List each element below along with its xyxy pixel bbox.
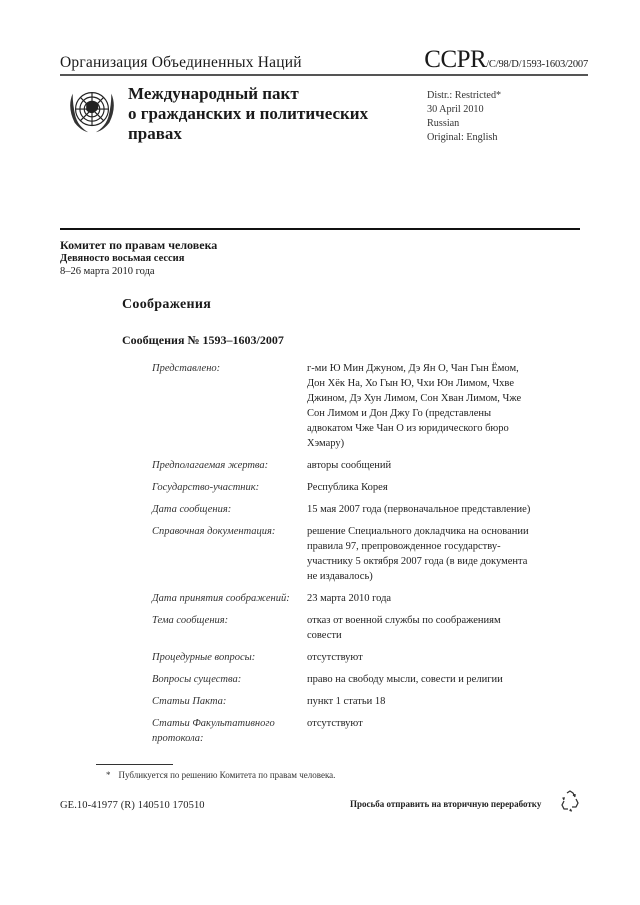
info-value: отсутствуют bbox=[307, 650, 532, 665]
treaty-title-line: о гражданских и политических bbox=[128, 104, 368, 124]
communication-info-table: Представлено:г-ми Ю Мин Джуном, Дэ Ян О,… bbox=[152, 361, 532, 753]
recycle-text: Просьба отправить на вторичную переработ… bbox=[350, 799, 541, 809]
section-rule bbox=[60, 228, 580, 230]
document-language: Russian bbox=[427, 117, 501, 131]
organization-name: Организация Объединенных Наций bbox=[60, 54, 302, 72]
distribution-block: Distr.: Restricted* 30 April 2010 Russia… bbox=[427, 89, 501, 145]
info-row: Дата сообщения:15 мая 2007 года (первона… bbox=[152, 502, 532, 517]
info-value: авторы сообщений bbox=[307, 458, 532, 473]
footnote-rule bbox=[96, 764, 173, 765]
document-symbol: CCPR/C/98/D/1593-1603/2007 bbox=[424, 46, 588, 74]
views-title: Соображения bbox=[122, 297, 211, 313]
treaty-title: Международный пакт о гражданских и полит… bbox=[128, 84, 368, 144]
header-rule bbox=[60, 74, 588, 76]
info-value: 15 мая 2007 года (первоначальное предста… bbox=[307, 502, 532, 517]
info-row: Вопросы существа:право на свободу мысли,… bbox=[152, 672, 532, 687]
footnote-marker: * bbox=[106, 770, 111, 780]
info-label: Дата принятия соображений: bbox=[152, 591, 307, 606]
job-number: GE.10-41977 (R) 140510 170510 bbox=[60, 800, 205, 811]
info-value: решение Специального докладчика на основ… bbox=[307, 524, 532, 584]
info-label: Предполагаемая жертва: bbox=[152, 458, 307, 473]
info-value: 23 марта 2010 года bbox=[307, 591, 532, 606]
committee-block: Комитет по правам человека Девяносто вос… bbox=[60, 238, 217, 278]
treaty-title-line: правах bbox=[128, 124, 368, 144]
symbol-suffix: /C/98/D/1593-1603/2007 bbox=[486, 59, 588, 70]
info-label: Вопросы существа: bbox=[152, 672, 307, 687]
info-label: Государство-участник: bbox=[152, 480, 307, 495]
original-language: Original: English bbox=[427, 131, 501, 145]
info-label: Представлено: bbox=[152, 361, 307, 451]
info-label: Процедурные вопросы: bbox=[152, 650, 307, 665]
info-row: Процедурные вопросы:отсутствуют bbox=[152, 650, 532, 665]
treaty-title-line: Международный пакт bbox=[128, 84, 368, 104]
session-name: Девяносто восьмая сессия bbox=[60, 252, 217, 265]
info-row: Государство-участник:Республика Корея bbox=[152, 480, 532, 495]
recycle-icon bbox=[558, 789, 582, 813]
distribution-status: Distr.: Restricted* bbox=[427, 89, 501, 103]
info-row: Дата принятия соображений:23 марта 2010 … bbox=[152, 591, 532, 606]
info-row: Предполагаемая жертва:авторы сообщений bbox=[152, 458, 532, 473]
info-value: г-ми Ю Мин Джуном, Дэ Ян О, Чан Гын Ёмом… bbox=[307, 361, 532, 451]
issue-date: 30 April 2010 bbox=[427, 103, 501, 117]
info-row: Тема сообщения:отказ от военной службы п… bbox=[152, 613, 532, 643]
info-label: Справочная документация: bbox=[152, 524, 307, 584]
info-row: Справочная документация:решение Специаль… bbox=[152, 524, 532, 584]
session-dates: 8–26 марта 2010 года bbox=[60, 265, 217, 278]
info-row: Статьи Факультативного протокола:отсутст… bbox=[152, 716, 532, 746]
footnote: *Публикуется по решению Комитета по прав… bbox=[106, 770, 335, 780]
info-value: отсутствуют bbox=[307, 716, 532, 746]
info-row: Представлено:г-ми Ю Мин Джуном, Дэ Ян О,… bbox=[152, 361, 532, 451]
info-value: Республика Корея bbox=[307, 480, 532, 495]
info-label: Дата сообщения: bbox=[152, 502, 307, 517]
info-value: пункт 1 статьи 18 bbox=[307, 694, 532, 709]
committee-name: Комитет по правам человека bbox=[60, 238, 217, 252]
un-emblem-icon bbox=[63, 82, 121, 140]
info-label: Статьи Факультативного протокола: bbox=[152, 716, 307, 746]
info-row: Статьи Пакта:пункт 1 статьи 18 bbox=[152, 694, 532, 709]
info-label: Тема сообщения: bbox=[152, 613, 307, 643]
info-value: право на свободу мысли, совести и религи… bbox=[307, 672, 532, 687]
communication-title: Сообщения № 1593–1603/2007 bbox=[122, 333, 284, 348]
symbol-prefix: CCPR bbox=[424, 46, 486, 73]
info-value: отказ от военной службы по соображениям … bbox=[307, 613, 532, 643]
info-label: Статьи Пакта: bbox=[152, 694, 307, 709]
footnote-text: Публикуется по решению Комитета по права… bbox=[119, 770, 336, 780]
